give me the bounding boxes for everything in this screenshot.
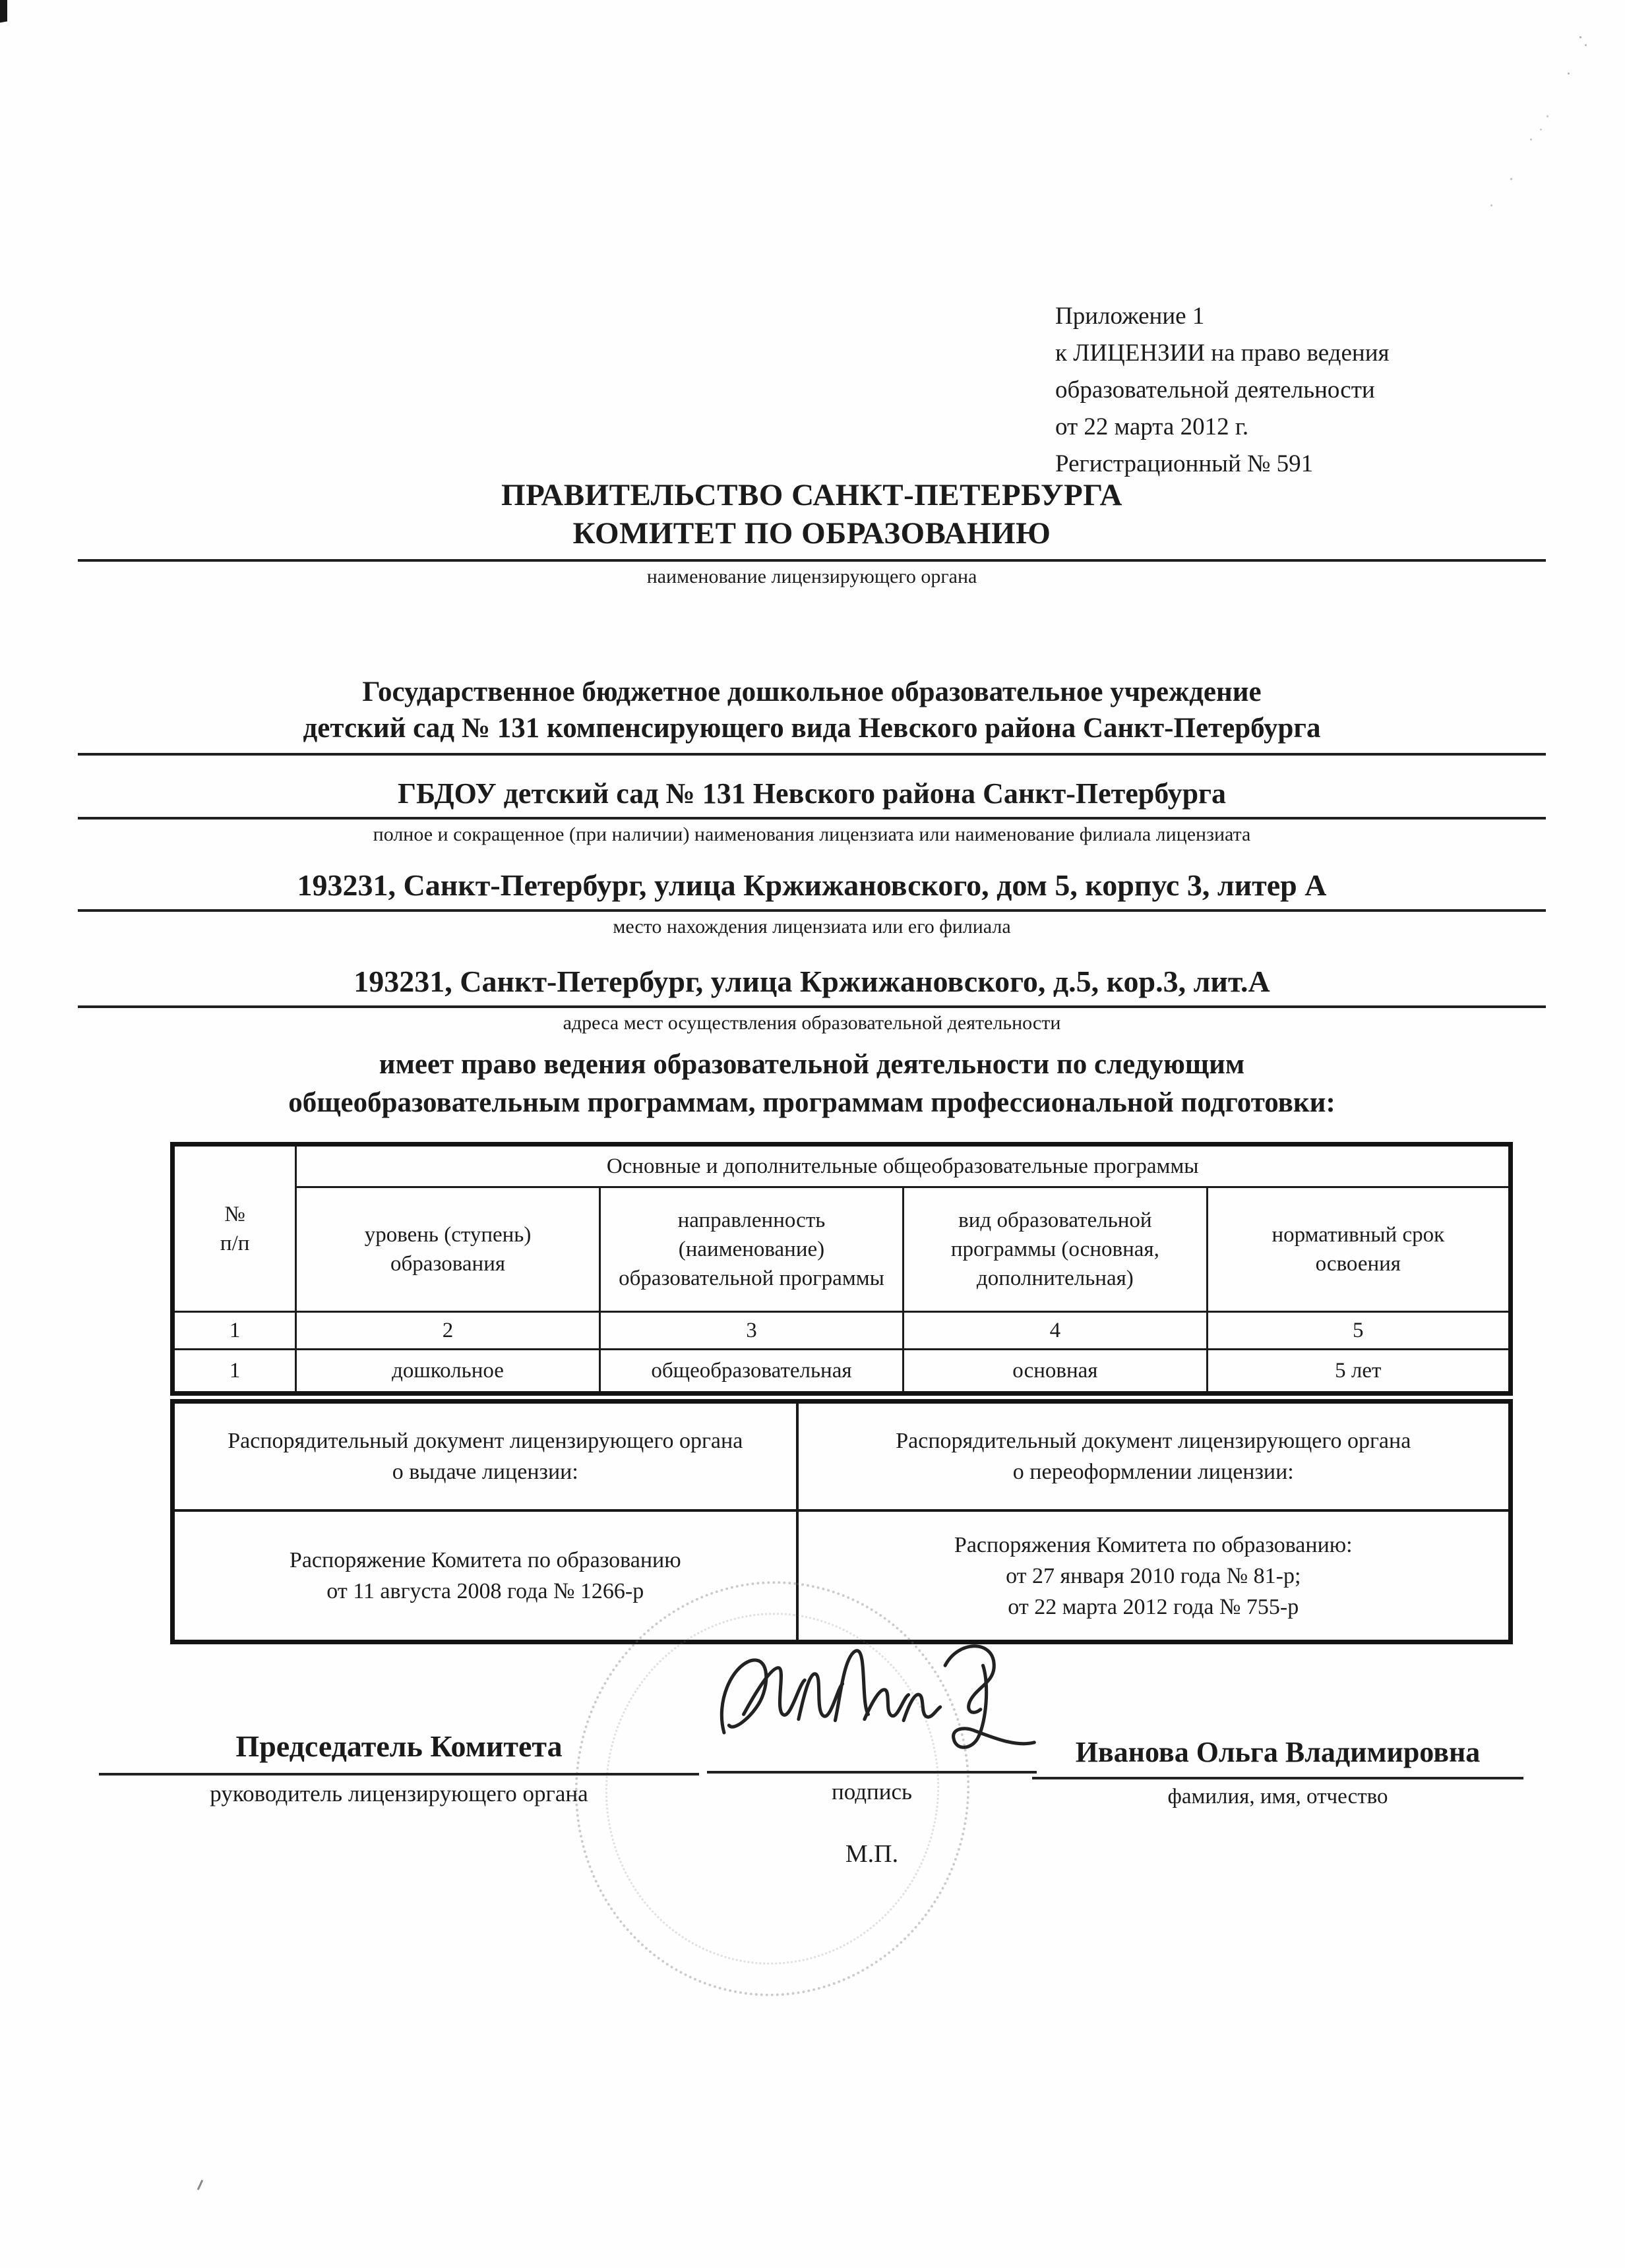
scan-corner-artifact (0, 0, 7, 40)
seal-placeholder: М.П. (707, 1839, 1037, 1868)
cell-term: 5 лет (1207, 1350, 1510, 1394)
col-header-level: уровень (ступень) образования (296, 1187, 599, 1312)
reissue-order-body: Распоряжения Комитета по образованию: от… (797, 1510, 1511, 1642)
col-header-number: № п/п (173, 1145, 296, 1312)
rights-statement: имеет право ведения образовательной деят… (78, 1046, 1546, 1122)
licensee-location-block: 193231, Санкт-Петербург, улица Кржижанов… (78, 868, 1546, 940)
document-page: Приложение 1 к ЛИЦЕНЗИИ на право ведения… (0, 0, 1625, 2268)
span-header: Основные и дополнительные общеобразовате… (296, 1145, 1511, 1187)
licensing-authority-block: ПРАВИТЕЛЬСТВО САНКТ-ПЕТЕРБУРГА КОМИТЕТ П… (78, 476, 1546, 589)
underline (78, 909, 1546, 912)
signatory-name-caption: фамилия, имя, отчество (1032, 1785, 1523, 1809)
column-number: 4 (904, 1312, 1207, 1350)
col-header-type: вид образовательной программы (основная,… (904, 1187, 1207, 1312)
signature-line (707, 1771, 1037, 1774)
column-number: 5 (1207, 1312, 1510, 1350)
underline (78, 1005, 1546, 1008)
annex-line: от 22 марта 2012 г. (1055, 409, 1543, 446)
underline (78, 559, 1546, 562)
reissue-order-header: Распорядительный документ лицензирующего… (797, 1402, 1511, 1511)
signatory-position-caption: руководитель лицензирующего органа (99, 1781, 699, 1807)
licensee-location-caption: место нахождения лицензиата или его фили… (78, 914, 1546, 940)
signatory-position-block: Председатель Комитета руководитель лицен… (99, 1729, 699, 1807)
licensee-full-name-line2: детский сад № 131 компенсирующего вида Н… (78, 710, 1546, 746)
column-number: 2 (296, 1312, 599, 1350)
licensee-full-name-line1: Государственное бюджетное дошкольное обр… (78, 674, 1546, 710)
activity-address-caption: адреса мест осуществления образовательно… (78, 1011, 1546, 1036)
authority-title-line1: ПРАВИТЕЛЬСТВО САНКТ-ПЕТЕРБУРГА (78, 476, 1546, 514)
col-header-term: нормативный срок освоения (1207, 1187, 1510, 1312)
authority-title-line2: КОМИТЕТ ПО ОБРАЗОВАНИЮ (78, 514, 1546, 552)
licensee-block: Государственное бюджетное дошкольное обр… (78, 674, 1546, 847)
column-number: 3 (599, 1312, 903, 1350)
activity-address-block: 193231, Санкт-Петербург, улица Кржижанов… (78, 964, 1546, 1036)
cell-education-level: дошкольное (296, 1350, 599, 1394)
rights-statement-line2: общеобразовательным программам, программ… (78, 1084, 1546, 1122)
column-number: 1 (173, 1312, 296, 1350)
underline (78, 753, 1546, 756)
annex-line: Приложение 1 (1055, 298, 1543, 335)
annex-line: образовательной деятельности (1055, 372, 1543, 409)
programs-table: № п/п Основные и дополнительные общеобра… (170, 1142, 1513, 1396)
cell-program-type: основная (904, 1350, 1207, 1394)
rights-statement-line1: имеет право ведения образовательной деят… (78, 1046, 1546, 1084)
licensee-location-address: 193231, Санкт-Петербург, улица Кржижанов… (78, 868, 1546, 903)
scan-mark (197, 2180, 203, 2190)
handwritten-signature (707, 1623, 1037, 1776)
licensee-caption: полное и сокращенное (при наличии) наиме… (78, 822, 1546, 847)
scan-speckles (1579, 36, 1581, 38)
col-header-orientation: направленность (наименование) образовате… (599, 1187, 903, 1312)
annex-line: к ЛИЦЕНЗИИ на право ведения (1055, 335, 1543, 372)
cell-orientation: общеобразовательная (599, 1350, 903, 1394)
activity-address: 193231, Санкт-Петербург, улица Кржижанов… (78, 964, 1546, 999)
signature-block: подпись М.П. (707, 1623, 1037, 1868)
annex-block: Приложение 1 к ЛИЦЕНЗИИ на право ведения… (1055, 298, 1543, 483)
signature-caption: подпись (707, 1779, 1037, 1805)
underline (78, 817, 1546, 820)
authority-caption: наименование лицензирующего органа (78, 564, 1546, 589)
issue-order-header: Распорядительный документ лицензирующего… (173, 1402, 797, 1511)
signatory-position: Председатель Комитета (99, 1729, 699, 1776)
licensee-short-name: ГБДОУ детский сад № 131 Невского района … (78, 777, 1546, 810)
signatory-name: Иванова Ольга Владимировна (1032, 1735, 1523, 1779)
cell-row-number: 1 (173, 1350, 296, 1394)
signatory-name-block: Иванова Ольга Владимировна фамилия, имя,… (1032, 1735, 1523, 1809)
